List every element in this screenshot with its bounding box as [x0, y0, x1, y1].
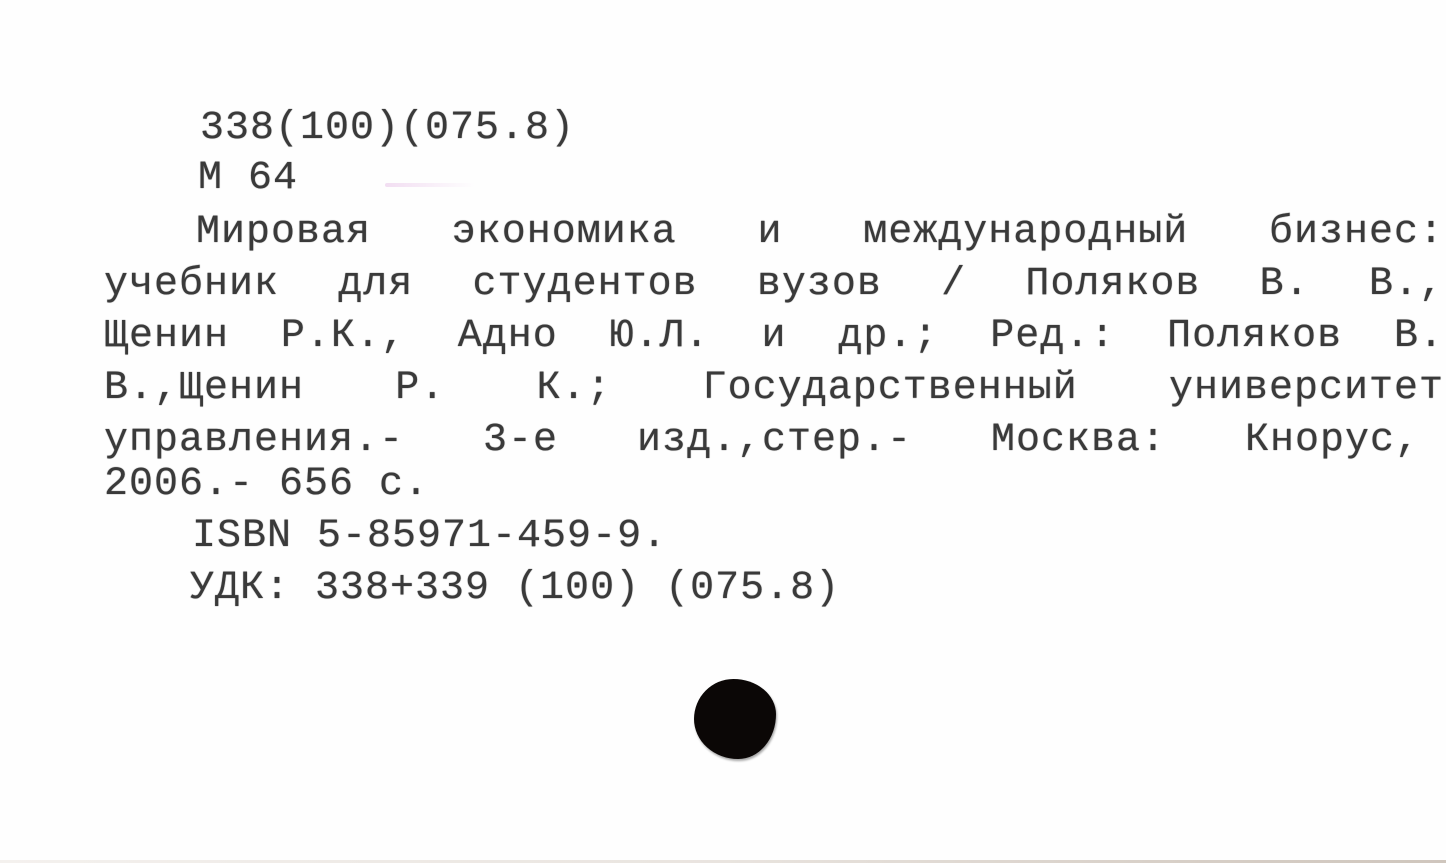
word: Адно: [458, 312, 558, 362]
word: управления.-: [104, 416, 404, 466]
udc-code: УДК: 338+339 (100) (075.8): [190, 564, 840, 614]
word: 3-е: [483, 416, 558, 466]
word: В.,Щенин: [104, 364, 304, 414]
description-line-2: учебник для студентов вузов / Поляков В.…: [104, 260, 1444, 310]
punch-hole: [694, 679, 776, 759]
word: изд.,стер.-: [637, 416, 912, 466]
shelf-code: 338(100)(075.8): [200, 104, 575, 154]
word: др.;: [838, 312, 938, 362]
word: В.,: [1369, 260, 1444, 310]
word: В.: [1394, 312, 1444, 362]
word: Поляков: [1025, 260, 1200, 310]
word: /: [941, 260, 966, 310]
stain-mark: [385, 183, 475, 187]
word: вузов: [757, 260, 882, 310]
word: Р.К.,: [281, 312, 406, 362]
word: экономика: [452, 208, 677, 258]
description-line-6: 2006.- 656 с.: [104, 460, 429, 510]
word: В.: [1260, 260, 1310, 310]
word: университет: [1169, 364, 1444, 414]
description-line-1: Мировая экономика и международный бизнес…: [196, 208, 1444, 258]
author-mark: М 64: [198, 154, 298, 204]
word: Государственный: [703, 364, 1078, 414]
word: бизнес:: [1269, 208, 1444, 258]
word: Поляков: [1167, 312, 1342, 362]
word: Москва:: [991, 416, 1166, 466]
isbn: ISBN 5-85971-459-9.: [192, 512, 667, 562]
word: Ю.Л.: [610, 312, 710, 362]
description-line-4: В.,Щенин Р. К.; Государственный универси…: [104, 364, 1444, 414]
word: Мировая: [196, 208, 371, 258]
word: Кнорус,: [1245, 416, 1420, 466]
word: Щенин: [104, 312, 229, 362]
word: для: [338, 260, 413, 310]
word: международный: [863, 208, 1188, 258]
description-line-3: Щенин Р.К., Адно Ю.Л. и др.; Ред.: Поляк…: [104, 312, 1444, 362]
word: Р.: [395, 364, 445, 414]
word: Ред.:: [990, 312, 1115, 362]
word: и: [757, 208, 782, 258]
word: и: [761, 312, 786, 362]
description-line-5: управления.- 3-е изд.,стер.- Москва: Кно…: [104, 416, 1420, 466]
word: студентов: [473, 260, 698, 310]
word: К.;: [536, 364, 611, 414]
word: учебник: [104, 260, 279, 310]
catalog-card: 338(100)(075.8) М 64 Мировая экономика и…: [0, 0, 1446, 863]
